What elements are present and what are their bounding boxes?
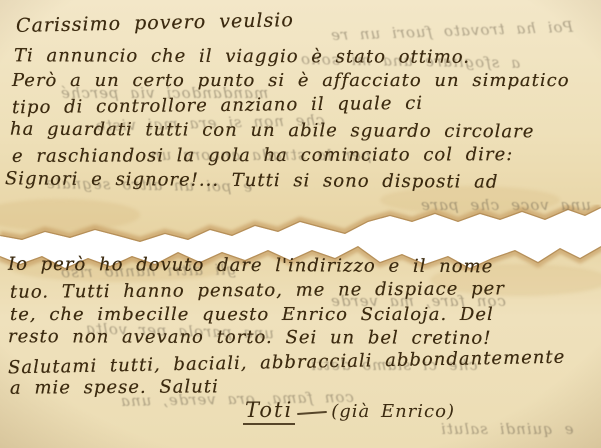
letter-line: te, che imbecille questo Enrico Scialoja… bbox=[10, 304, 494, 325]
signature-note: (già Enrico) bbox=[331, 401, 455, 422]
letter-line: a mie spese. Saluti bbox=[10, 376, 219, 398]
letter-line: e raschiandosi la gola ha cominciato col… bbox=[12, 144, 513, 167]
letter-line: Signori e signore!... Tutti si sono disp… bbox=[5, 168, 499, 192]
letter-line: tuo. Tutti hanno pensato, me ne dispiace… bbox=[10, 278, 505, 302]
bleedthrough-text: e quindi saluti bbox=[440, 420, 573, 438]
letter-line: tipo di controllore anziano il quale ci bbox=[12, 93, 423, 118]
signature: Toti bbox=[243, 398, 295, 425]
pen-stroke bbox=[297, 411, 327, 415]
letter-line: Io però ho dovuto dare l'indirizzo e il … bbox=[8, 254, 493, 278]
letter-scan: Poi ha trovato fuori un re a sfogliare u… bbox=[0, 0, 601, 448]
letter-line: Però a un certo punto si è affacciato un… bbox=[12, 70, 570, 91]
letter-line: ha guardati tutti con un abile sguardo c… bbox=[10, 119, 534, 143]
letter-line: resto non avevano torto. Sei un bel cret… bbox=[8, 326, 492, 349]
bleedthrough-text: con una voce che pare bbox=[420, 196, 601, 214]
letter-line: Ti annuncio che il viaggio è stato ottim… bbox=[14, 45, 470, 68]
signature-row: Toti (già Enrico) bbox=[243, 398, 455, 425]
